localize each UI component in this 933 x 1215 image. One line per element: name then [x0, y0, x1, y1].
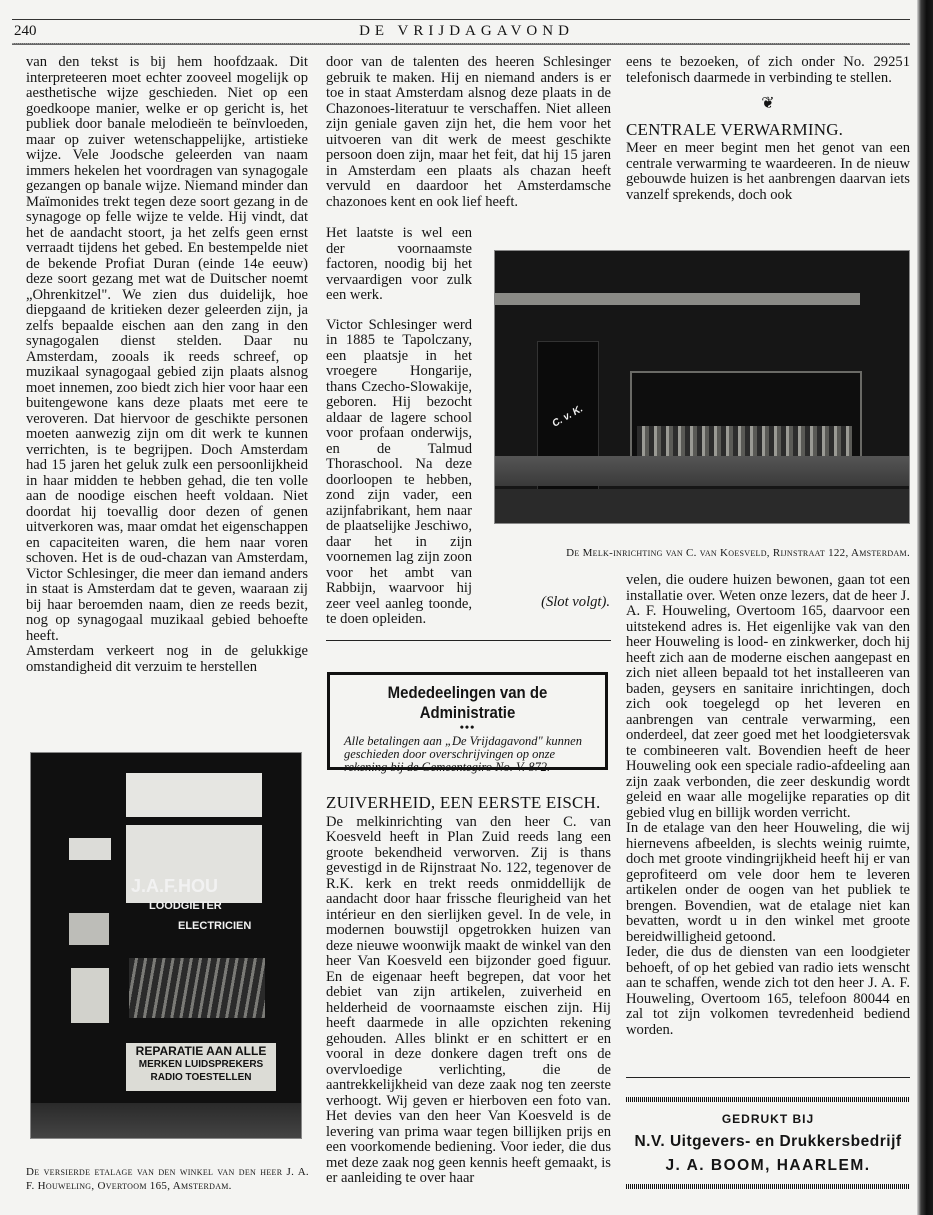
section-divider: [626, 1077, 910, 1078]
repair-board: REPARATIE AAN ALLE MERKEN LUIDSPREKERS R…: [126, 1043, 276, 1091]
heading-zuiverheid: ZUIVERHEID, EEN EERSTE EISCH.: [326, 795, 611, 811]
printer-name-city: J. A. BOOM, HAARLEM.: [626, 1157, 910, 1175]
printer-label: GEDRUKT BIJ: [626, 1112, 910, 1126]
shop-sign-trade-2: ELECTRICIEN: [178, 920, 251, 932]
caption-koesveld: De Melk-inrichting van C. van Koesveld, …: [480, 546, 910, 560]
decorative-hatch-bottom: [626, 1184, 910, 1189]
scan-edge: [917, 0, 933, 1215]
caption-houweling: De versierde etalage van den winkel van …: [26, 1165, 309, 1193]
continuation-text: eens te bezoeken, of zich onder No. 2925…: [626, 55, 910, 86]
shop-sign-name: J.A.F.HOU: [131, 876, 218, 897]
shop-sign-trade-1: LOODGIETER: [149, 900, 222, 912]
photo-display-goods: [129, 958, 265, 1018]
photo-street: [495, 489, 909, 523]
column-1: van den tekst is bij hem hoofdzaak. Dit …: [26, 55, 308, 675]
article-paragraph: door van de talenten des heeren Schlesin…: [326, 55, 611, 210]
section-divider: [326, 640, 611, 641]
decorative-hatch-top: [626, 1097, 910, 1102]
ornament-icon: ❦: [626, 96, 910, 112]
photo-base: [495, 456, 909, 486]
slot-volgt: (Slot volgt).: [510, 595, 610, 611]
repair-board-line: REPARATIE AAN ALLE: [126, 1045, 276, 1058]
article-paragraph: Het laatste is wel een der voornaamste f…: [326, 226, 472, 304]
article-paragraph: Ieder, die dus de diensten van een loodg…: [626, 945, 910, 1038]
photo-houweling-shopfront: J.A.F.HOU LOODGIETER ELECTRICIEN REPARAT…: [30, 752, 302, 1139]
to-be-continued: (Slot volgt).: [541, 594, 610, 610]
photo-poster-2: [71, 968, 109, 1023]
admin-notice-body: Alle betalingen aan „De Vrijdagavond" ku…: [330, 731, 605, 780]
article-paragraph: velen, die oudere huizen bewonen, gaan t…: [626, 573, 910, 821]
photo-poster-1: [69, 913, 109, 945]
column-2-narrow: Het laatste is wel een der voornaamste f…: [326, 226, 472, 628]
header-rule-top: [12, 19, 910, 20]
article-paragraph: Meer en meer begint men het genot van ee…: [626, 141, 910, 203]
column-2-upper: door van de talenten des heeren Schlesin…: [326, 55, 611, 210]
article-paragraph: In de etalage van den heer Houweling, di…: [626, 821, 910, 945]
column-3-top: eens te bezoeken, of zich onder No. 2925…: [626, 55, 910, 203]
column-3-lower: velen, die oudere huizen bewonen, gaan t…: [626, 573, 910, 1038]
admin-notice-dots: •••: [330, 723, 605, 731]
article-paragraph: Victor Schlesinger werd in 1885 te Tapol…: [326, 318, 472, 628]
photo-fascia: [495, 293, 860, 305]
admin-notice-title: Mededeelingen van de Administratie: [347, 683, 589, 723]
publication-masthead: DE VRIJDAGAVOND: [0, 23, 933, 40]
repair-board-line: RADIO TOESTELLEN: [126, 1071, 276, 1084]
photo-window-upper: [126, 773, 262, 817]
article-paragraph: van den tekst is bij hem hoofdzaak. Dit …: [26, 55, 308, 644]
photo-window-left: [69, 838, 111, 860]
photo-koesveld-shopfront: C. v. K. KOOMEISTER: [494, 250, 910, 524]
photo-pavement: [31, 1103, 301, 1138]
article-paragraph: Amsterdam verkeert nog in de gelukkige o…: [26, 644, 308, 675]
article-paragraph: De melkinrichting van den heer C. van Ko…: [326, 815, 611, 1187]
heading-centrale-verwarming: CENTRALE VERWARMING.: [626, 122, 910, 138]
header-rule-bottom: [12, 43, 910, 45]
printer-company: N.V. Uitgevers- en Drukkersbedrijf: [626, 1133, 910, 1151]
repair-board-line: MERKEN LUIDSPREKERS: [126, 1058, 276, 1071]
admin-notice-box: Mededeelingen van de Administratie ••• A…: [327, 672, 608, 770]
article-zuiverheid: ZUIVERHEID, EEN EERSTE EISCH. De melkinr…: [326, 795, 611, 1187]
